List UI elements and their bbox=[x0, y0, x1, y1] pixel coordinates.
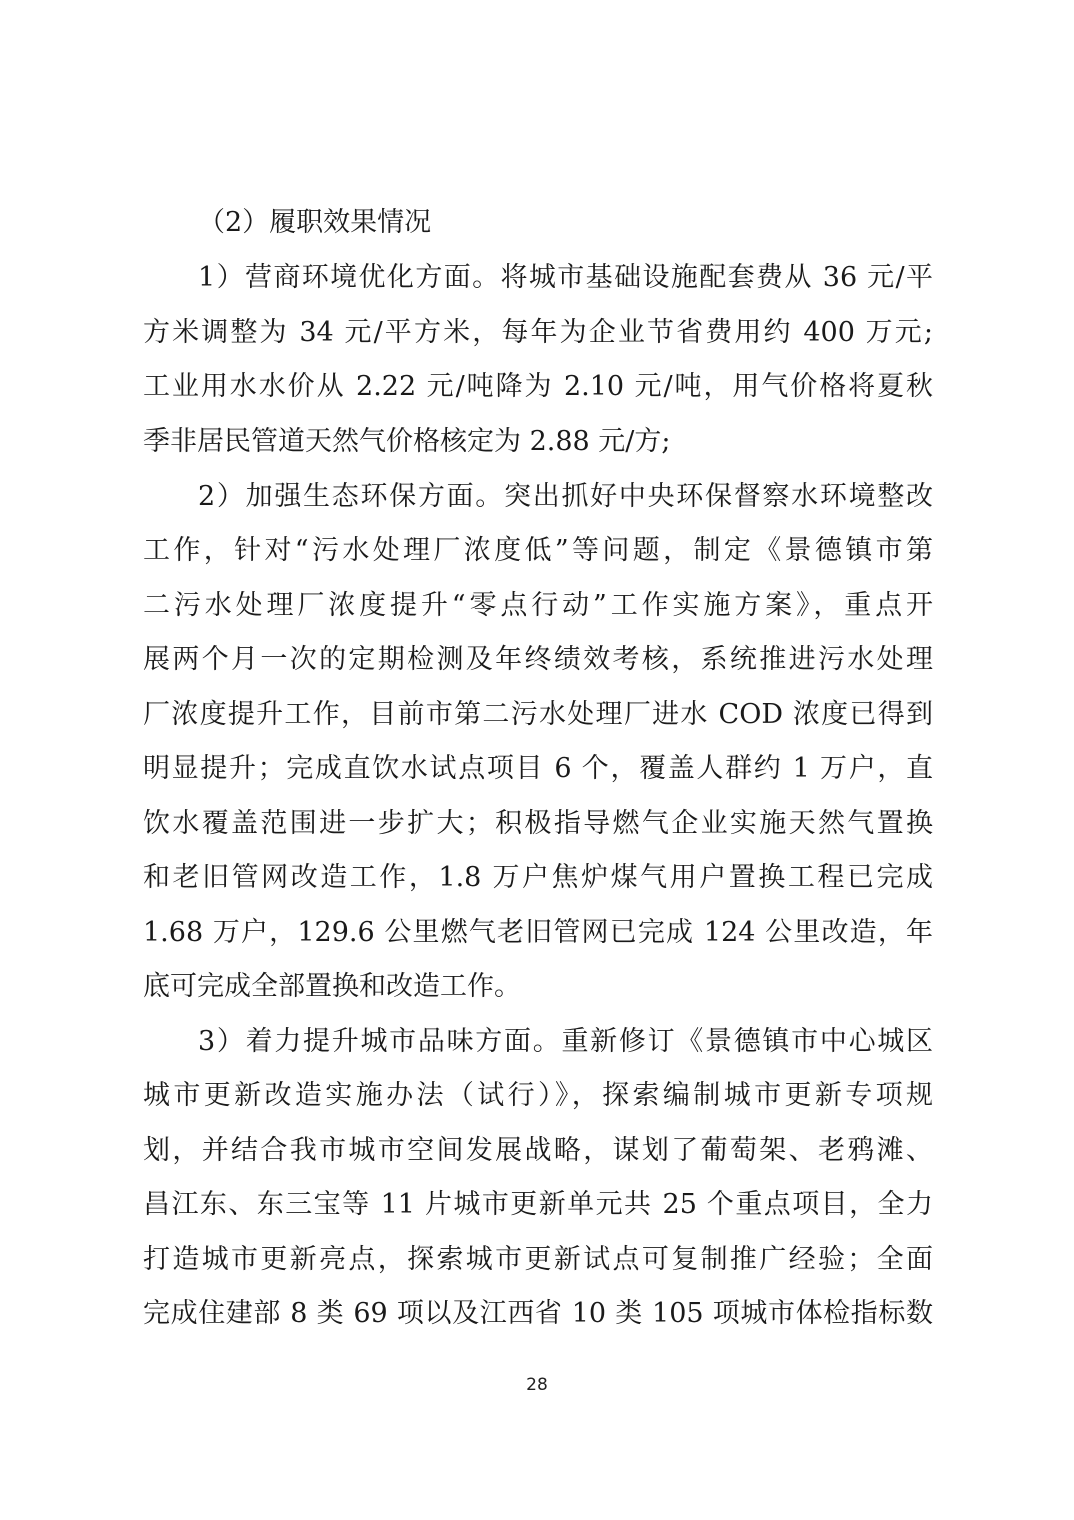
paragraph-line: 1.68 万户，129.6 公里燃气老旧管网已完成 124 公里改造，年 bbox=[143, 913, 933, 953]
page-number: 28 bbox=[0, 1373, 1074, 1397]
section-heading: （2）履职效果情况 bbox=[198, 203, 933, 243]
paragraph-line: 2）加强生态环保方面。突出抓好中央环保督察水环境整改 bbox=[198, 477, 933, 517]
paragraph-line: 明显提升；完成直饮水试点项目 6 个，覆盖人群约 1 万户，直 bbox=[143, 749, 933, 789]
paragraph-line: 城市更新改造实施办法（试行）》，探索编制城市更新专项规 bbox=[143, 1076, 933, 1116]
paragraph-line: 季非居民管道天然气价格核定为 2.88 元/方; bbox=[143, 422, 933, 462]
paragraph-line: 昌江东、东三宝等 11 片城市更新单元共 25 个重点项目，全力 bbox=[143, 1185, 933, 1225]
paragraph-line: 二污水处理厂浓度提升“零点行动”工作实施方案》，重点开 bbox=[143, 586, 933, 626]
paragraph-line: 和老旧管网改造工作，1.8 万户焦炉煤气用户置换工程已完成 bbox=[143, 858, 933, 898]
paragraph-line: 展两个月一次的定期检测及年终绩效考核，系统推进污水处理 bbox=[143, 640, 933, 680]
paragraph-line: 完成住建部 8 类 69 项以及江西省 10 类 105 项城市体检指标数 bbox=[143, 1294, 933, 1334]
paragraph-line: 工作，针对“污水处理厂浓度低”等问题，制定《景德镇市第 bbox=[143, 531, 933, 571]
paragraph-line: 底可完成全部置换和改造工作。 bbox=[143, 967, 933, 1007]
paragraph-line: 饮水覆盖范围进一步扩大；积极指导燃气企业实施天然气置换 bbox=[143, 804, 933, 844]
paragraph-line: 方米调整为 34 元/平方米，每年为企业节省费用约 400 万元; bbox=[143, 313, 933, 353]
paragraph-line: 打造城市更新亮点，探索城市更新试点可复制推广经验；全面 bbox=[143, 1240, 933, 1280]
paragraph-line: 工业用水水价从 2.22 元/吨降为 2.10 元/吨，用气价格将夏秋 bbox=[143, 367, 933, 407]
paragraph-line: 3）着力提升城市品味方面。重新修订《景德镇市中心城区 bbox=[198, 1022, 933, 1062]
paragraph-line: 1）营商环境优化方面。将城市基础设施配套费从 36 元/平 bbox=[198, 258, 933, 298]
paragraph-line: 厂浓度提升工作，目前市第二污水处理厂进水 COD 浓度已得到 bbox=[143, 695, 933, 735]
document-page: （2）履职效果情况 1）营商环境优化方面。将城市基础设施配套费从 36 元/平 … bbox=[0, 0, 1074, 1520]
paragraph-line: 划，并结合我市城市空间发展战略，谋划了葡萄架、老鸦滩、 bbox=[143, 1131, 933, 1171]
